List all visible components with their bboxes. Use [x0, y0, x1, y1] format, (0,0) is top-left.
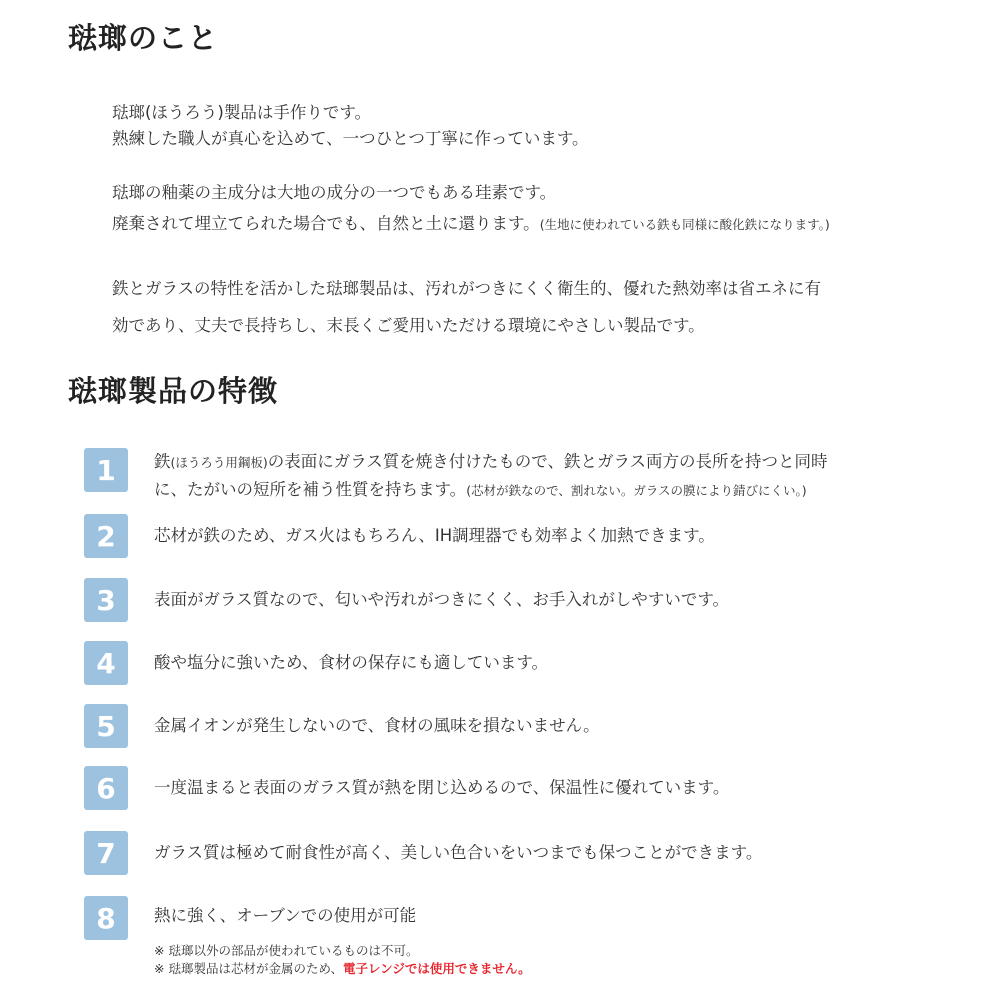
about-p1-line1: 琺瑯(ほうろう)製品は手作りです。 [112, 103, 371, 122]
about-p3-line2: 効であり、丈夫で長持ちし、末長くご愛用いただける環境にやさしい製品です。 [112, 316, 705, 335]
about-paragraph-handmade: 琺瑯(ほうろう)製品は手作りです。 熟練した職人が真心を込めて、一つひとつ丁寧に… [112, 100, 589, 152]
section-title-features: 琺瑯製品の特徴 [68, 377, 278, 406]
number-badge-6: 6 [84, 766, 128, 810]
feature-item-8: 8 熱に強く、オーブンでの使用が可能 [84, 896, 416, 940]
about-p2-line2: 廃棄されて埋立てられた場合でも、自然と土に還ります。 [112, 214, 540, 233]
feature-item-4: 4 酸や塩分に強いため、食材の保存にも適しています。 [84, 641, 548, 685]
microwave-warning: 電子レンジでは使用できません。 [343, 961, 531, 976]
feature-text-4: 酸や塩分に強いため、食材の保存にも適しています。 [154, 641, 548, 676]
feature-item-5: 5 金属イオンが発生しないので、食材の風味を損ないません。 [84, 704, 600, 748]
number-badge-2: 2 [84, 514, 128, 558]
feature-text-8: 熱に強く、オーブンでの使用が可能 [154, 896, 416, 929]
feature-1-text-c: に、たがいの短所を補う性質を持ちます。 [154, 480, 466, 499]
about-p2-line1: 琺瑯の釉薬の主成分は大地の成分の一つでもある珪素です。 [112, 183, 556, 202]
feature-text-5: 金属イオンが発生しないので、食材の風味を損ないません。 [154, 704, 600, 739]
feature-text-3: 表面がガラス質なので、匂いや汚れがつきにくく、お手入れがしやすいです。 [154, 578, 729, 613]
about-p3-line1: 鉄とガラスの特性を活かした琺瑯製品は、汚れがつきにくく衛生的、優れた熱効率は省エ… [112, 279, 821, 298]
feature-item-7: 7 ガラス質は極めて耐食性が高く、美しい色合いをいつまでも保つことができます。 [84, 831, 762, 875]
number-badge-8: 8 [84, 896, 128, 940]
feature-text-6: 一度温まると表面のガラス質が熱を閉じ込めるので、保温性に優れています。 [154, 766, 729, 801]
number-badge-4: 4 [84, 641, 128, 685]
about-p2-note: (生地に使われている鉄も同様に酸化鉄になります。) [540, 217, 830, 232]
note-microwave: ※ 琺瑯製品は芯材が金属のため、電子レンジでは使用できません。 [154, 960, 531, 978]
feature-1-text-a-small: (ほうろう用鋼板) [171, 455, 268, 470]
number-badge-5: 5 [84, 704, 128, 748]
feature-text-2: 芯材が鉄のため、ガス火はもちろん、IH調理器でも効率よく加熱できます。 [154, 514, 715, 549]
feature-item-6: 6 一度温まると表面のガラス質が熱を閉じ込めるので、保温性に優れています。 [84, 766, 729, 810]
number-badge-1: 1 [84, 448, 128, 492]
number-badge-3: 3 [84, 578, 128, 622]
feature-1-text-b: の表面にガラス質を焼き付けたもので、鉄とガラス両方の長所を持つと同時 [268, 452, 828, 471]
feature-item-3: 3 表面がガラス質なので、匂いや汚れがつきにくく、お手入れがしやすいです。 [84, 578, 729, 622]
feature-text-1: 鉄(ほうろう用鋼板)の表面にガラス質を焼き付けたもので、鉄とガラス両方の長所を持… [154, 448, 827, 504]
feature-text-7: ガラス質は極めて耐食性が高く、美しい色合いをいつまでも保つことができます。 [154, 831, 762, 866]
feature-8-notes: ※ 琺瑯以外の部品が使われているものは不可。 ※ 琺瑯製品は芯材が金属のため、電… [154, 942, 531, 978]
number-badge-7: 7 [84, 831, 128, 875]
feature-item-1: 1 鉄(ほうろう用鋼板)の表面にガラス質を焼き付けたもので、鉄とガラス両方の長所… [84, 448, 827, 504]
about-p1-line2: 熟練した職人が真心を込めて、一つひとつ丁寧に作っています。 [112, 129, 589, 148]
about-paragraph-eco: 鉄とガラスの特性を活かした琺瑯製品は、汚れがつきにくく衛生的、優れた熱効率は省エ… [112, 270, 821, 344]
feature-1-text-a: 鉄 [154, 452, 171, 471]
feature-item-2: 2 芯材が鉄のため、ガス火はもちろん、IH調理器でも効率よく加熱できます。 [84, 514, 715, 558]
section-title-about: 琺瑯のこと [68, 24, 218, 53]
note-microwave-prefix: ※ 琺瑯製品は芯材が金属のため、 [154, 961, 343, 976]
about-paragraph-glaze: 琺瑯の釉薬の主成分は大地の成分の一つでもある珪素です。 廃棄されて埋立てられた場… [112, 177, 830, 240]
feature-1-text-c-small: (芯材が鉄なので、割れない。ガラスの膜により錆びにくい。) [466, 483, 806, 498]
note-non-enamel-parts: ※ 琺瑯以外の部品が使われているものは不可。 [154, 942, 531, 960]
